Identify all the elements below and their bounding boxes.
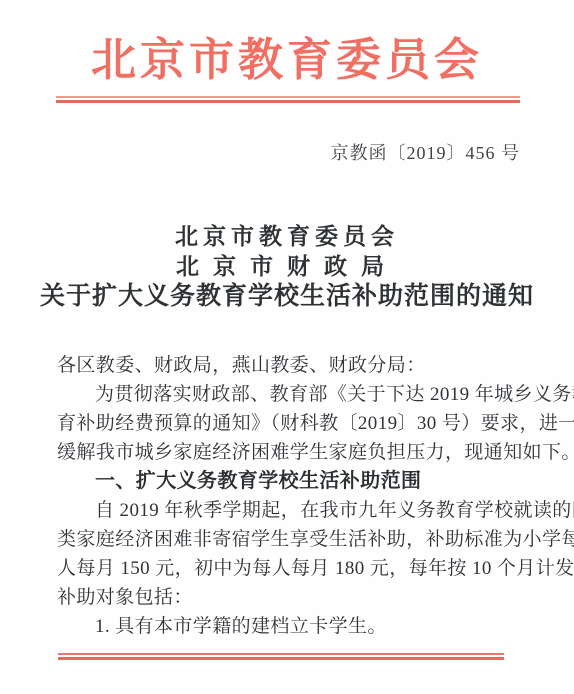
- list-item-line: 1. 具有本市学籍的建档立卡学生。: [57, 612, 520, 641]
- document-page: 北京市教育委员会 京教函〔2019〕456 号 北京市教育委员会 北京市财政局 …: [0, 0, 574, 694]
- title-issuer-finance: 北京市财政局: [0, 251, 574, 281]
- document-title: 关于扩大义务教育学校生活补助范围的通知: [0, 281, 574, 311]
- body-line: 补助对象包括：: [57, 583, 520, 612]
- masthead-double-rule: [56, 96, 520, 103]
- body-line: 类家庭经济困难非寄宿学生享受生活补助，补助标准为小学每: [57, 525, 520, 554]
- body-line: 为贯彻落实财政部、教育部《关于下达 2019 年城乡义务教: [57, 380, 520, 409]
- body-line: 人每月 150 元，初中为每人每月 180 元，每年按 10 个月计发。: [57, 554, 520, 583]
- agency-masthead: 北京市教育委员会: [0, 34, 574, 86]
- document-title-block: 北京市教育委员会 北京市财政局 关于扩大义务教育学校生活补助范围的通知: [0, 221, 574, 311]
- body-line: 育补助经费预算的通知》（财科教〔2019〕30 号）要求，进一步: [57, 409, 520, 438]
- document-number: 京教函〔2019〕456 号: [0, 143, 520, 163]
- document-body: 各区教委、财政局，燕山教委、财政分局： 为贯彻落实财政部、教育部《关于下达 20…: [57, 351, 520, 641]
- section-heading: 一、扩大义务教育学校生活补助范围: [57, 467, 520, 496]
- title-issuer-education: 北京市教育委员会: [0, 221, 574, 251]
- salutation-line: 各区教委、财政局，燕山教委、财政分局：: [57, 351, 520, 380]
- body-line: 自 2019 年秋季学期起，在我市九年义务教育学校就读的四: [57, 496, 520, 525]
- footer-double-rule: [58, 653, 504, 660]
- body-line: 缓解我市城乡家庭经济困难学生家庭负担压力，现通知如下。: [57, 438, 520, 467]
